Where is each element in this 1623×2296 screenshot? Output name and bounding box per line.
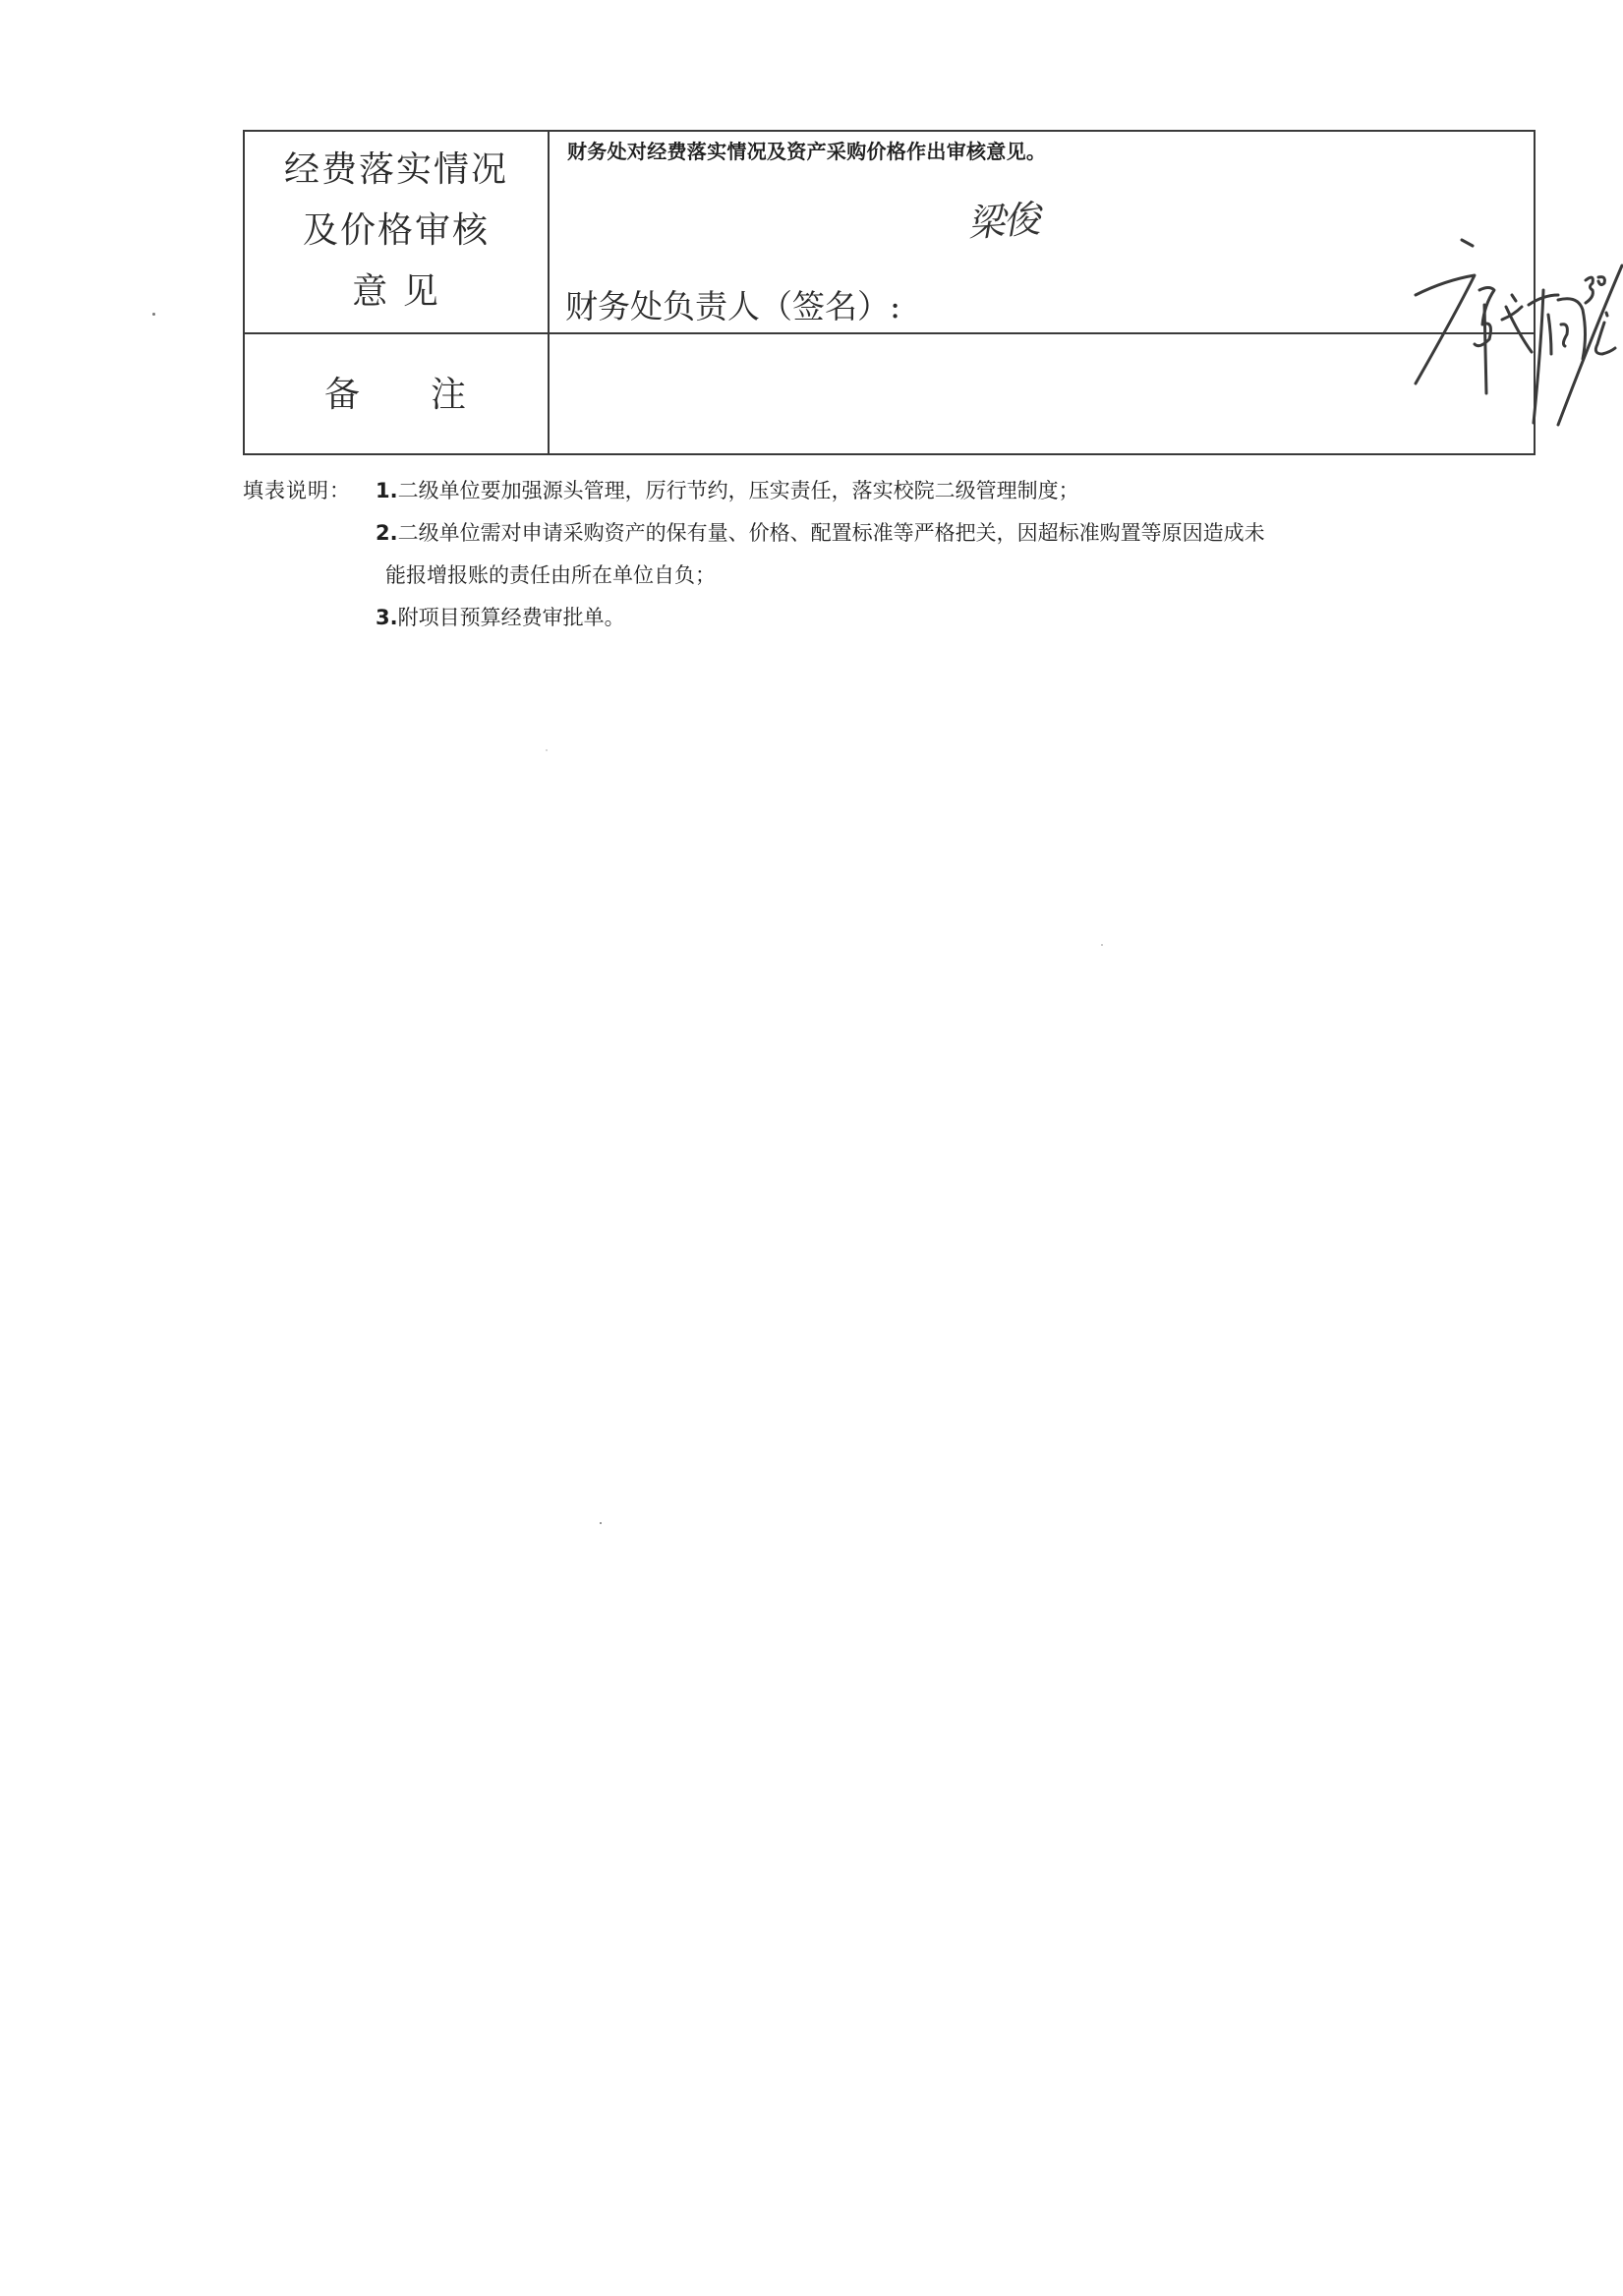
- approval-table: 经费落实情况 及价格审核 意 见 财务处对经费落实情况及资产采购价格作出审核意见…: [243, 130, 1536, 455]
- handwritten-note: 梁俊: [965, 189, 1040, 248]
- signer-label: 财务处负责人（签名）:: [565, 281, 900, 327]
- scan-speck: [546, 749, 548, 751]
- scan-speck: [1101, 944, 1103, 946]
- remarks-label-left: 备: [324, 375, 362, 415]
- handwritten-signature: [1347, 197, 1622, 403]
- document-page: 经费落实情况 及价格审核 意 见 财务处对经费落实情况及资产采购价格作出审核意见…: [0, 0, 1623, 2296]
- scan-speck: [152, 313, 155, 316]
- notes-label: 填表说明：: [243, 470, 351, 512]
- note-item: 3.附项目预算经费审批单。: [376, 597, 625, 639]
- review-instruction: 财务处对经费落实情况及资产采购价格作出审核意见。: [567, 136, 1046, 164]
- remarks-label: 备注: [245, 334, 548, 455]
- note-item-continuation: 能报增报账的责任由所在单位自负；: [385, 555, 716, 597]
- label-line: 及价格审核: [245, 201, 548, 262]
- scan-speck: [600, 1522, 602, 1524]
- remarks-label-right: 注: [431, 375, 468, 415]
- label-line: 意 见: [245, 262, 548, 323]
- label-line: 经费落实情况: [245, 140, 548, 201]
- note-item: 1.二级单位要加强源头管理，厉行节约，压实责任，落实校院二级管理制度；: [376, 470, 1079, 512]
- note-item: 2.二级单位需对申请采购资产的保有量、价格、配置标准等严格把关，因超标准购置等原…: [376, 512, 1265, 555]
- funding-review-label: 经费落实情况 及价格审核 意 见: [245, 140, 548, 332]
